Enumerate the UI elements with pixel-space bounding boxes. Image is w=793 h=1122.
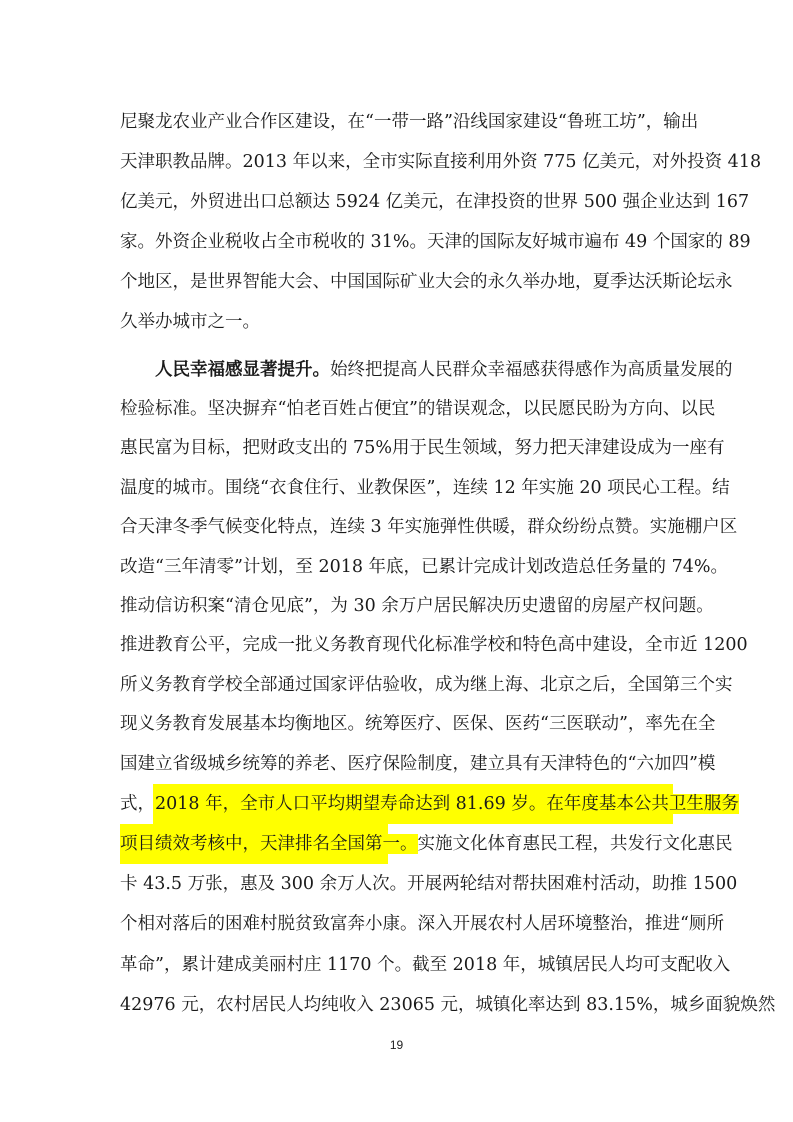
text-line-content: 卡 43.5 万张，惠及 300 余万人次。开展两轮结对帮扶困难村活动，助推 1…: [120, 874, 737, 894]
text-line: 推进教育公平，完成一批义务教育现代化标准学校和特色高中建设，全市近 1200: [120, 626, 673, 665]
text-line: 所义务教育学校全部通过国家评估验收，成为继上海、北京之后，全国第三个实: [120, 666, 673, 705]
paragraph-people-wellbeing: 人民幸福感显著提升。始终把提高人民群众幸福感获得感作为高质量发展的 检验标准。坚…: [120, 350, 673, 1026]
document-page: 尼聚龙农业产业合作区建设，在“一带一路”沿线国家建设“鲁班工坊”，输出 天津职教…: [0, 0, 793, 1122]
text-line: 合天津冬季气候变化特点，连续 3 年实施弹性供暖，群众纷纷点赞。实施棚户区: [120, 508, 673, 547]
text-line: 国建立省级城乡统筹的养老、医疗保险制度，建立具有天津特色的“六加四”模: [120, 745, 673, 784]
text-line: 检验标准。坚决摒弃“怕老百姓占便宜”的错误观念，以民愿民盼为方向、以民: [120, 390, 673, 429]
text-line-content: 所义务教育学校全部通过国家评估验收，成为继上海、北京之后，全国第三个实: [120, 675, 733, 695]
text-line: 个相对落后的困难村脱贫致富奔小康。深入开展农村人居环境整治，推进“厕所: [120, 904, 673, 945]
text-line: 改造“三年清零”计划，至 2018 年底，已累计完成计划改造总任务量的 74%。: [120, 548, 673, 587]
text-line-highlighted: 项目绩效考核中，天津排名全国第一。实施文化体育惠民工程，共发行文化惠民: [120, 824, 673, 864]
text-line: 个地区，是世界智能大会、中国国际矿业大会的永久举办地，夏季达沃斯论坛永: [120, 262, 673, 302]
text-line-content: 合天津冬季气候变化特点，连续 3 年实施弹性供暖，群众纷纷点赞。实施棚户区: [120, 517, 737, 537]
text-line: 推动信访积案“清仓见底”，为 30 余万户居民解决历史遗留的房屋产权问题。: [120, 587, 673, 626]
text-line: 家。外资企业税收占全市税收的 31%。天津的国际友好城市遍布 49 个国家的 8…: [120, 222, 673, 262]
text-line: 卡 43.5 万张，惠及 300 余万人次。开展两轮结对帮扶困难村活动，助推 1…: [120, 864, 673, 905]
page-number: 19: [0, 1038, 793, 1052]
text-line-content: 检验标准。坚决摒弃“怕老百姓占便宜”的错误观念，以民愿民盼为方向、以民: [120, 399, 715, 419]
text-line: 天津职教品牌。2013 年以来，全市实际直接利用外资 775 亿美元，对外投资 …: [120, 142, 673, 182]
text-line-content: 42976 元，农村居民人均纯收入 23065 元，城镇化率达到 83.15%，…: [120, 995, 775, 1015]
text-line-prefix: 式，: [120, 794, 155, 814]
text-line-content: 惠民富为目标，把财政支出的 75%用于民生领域，努力把天津建设成为一座有: [120, 438, 724, 458]
text-line: 惠民富为目标，把财政支出的 75%用于民生领域，努力把天津建设成为一座有: [120, 429, 673, 468]
highlighted-text: 2018 年，全市人口平均期望寿命达到 81.69 岁。在年度基本公共卫生服务: [155, 794, 739, 814]
text-line-content: 推动信访积案“清仓见底”，为 30 余万户居民解决历史遗留的房屋产权问题。: [120, 596, 714, 616]
text-line-content: 尼聚龙农业产业合作区建设，在“一带一路”沿线国家建设“鲁班工坊”，输出: [120, 112, 698, 132]
text-line-content: 家。外资企业税收占全市税收的 31%。天津的国际友好城市遍布 49 个国家的 8…: [120, 232, 751, 252]
text-line: 尼聚龙农业产业合作区建设，在“一带一路”沿线国家建设“鲁班工坊”，输出: [120, 102, 673, 142]
text-line-content: 推进教育公平，完成一批义务教育现代化标准学校和特色高中建设，全市近 1200: [120, 635, 748, 655]
text-line-content: 始终把提高人民群众幸福感获得感作为高质量发展的: [330, 360, 733, 380]
text-line-content: 革命”，累计建成美丽村庄 1170 个。截至 2018 年，城镇居民人均可支配收…: [120, 955, 730, 975]
paragraph-heading: 人民幸福感显著提升。: [155, 360, 330, 380]
text-line-content: 国建立省级城乡统筹的养老、医疗保险制度，建立具有天津特色的“六加四”模: [120, 754, 715, 774]
text-line: 现义务教育发展基本均衡地区。统筹医疗、医保、医药“三医联动”，率先在全: [120, 705, 673, 744]
text-line-content: 久举办城市之一。: [120, 312, 260, 332]
text-line-content: 天津职教品牌。2013 年以来，全市实际直接利用外资 775 亿美元，对外投资 …: [120, 152, 761, 172]
text-line: 久举办城市之一。: [120, 302, 673, 342]
text-line-content: 个相对落后的困难村脱贫致富奔小康。深入开展农村人居环境整治，推进“厕所: [120, 914, 724, 934]
text-line-content: 温度的城市。围绕“衣食住行、业教保医”，连续 12 年实施 20 项民心工程。结: [120, 478, 730, 498]
text-line-content: 现义务教育发展基本均衡地区。统筹医疗、医保、医药“三医联动”，率先在全: [120, 714, 715, 734]
text-line: 温度的城市。围绕“衣食住行、业教保医”，连续 12 年实施 20 项民心工程。结: [120, 469, 673, 508]
text-line-content: 亿美元，外贸进出口总额达 5924 亿美元，在津投资的世界 500 强企业达到 …: [120, 192, 749, 212]
text-line: 42976 元，农村居民人均纯收入 23065 元，城镇化率达到 83.15%，…: [120, 985, 673, 1026]
text-line-content: 改造“三年清零”计划，至 2018 年底，已累计完成计划改造总任务量的 74%。: [120, 557, 728, 577]
highlighted-text: 项目绩效考核中，天津排名全国第一。: [120, 834, 418, 854]
text-line: 亿美元，外贸进出口总额达 5924 亿美元，在津投资的世界 500 强企业达到 …: [120, 182, 673, 222]
paragraph-international-openness: 尼聚龙农业产业合作区建设，在“一带一路”沿线国家建设“鲁班工坊”，输出 天津职教…: [120, 102, 673, 342]
text-line-content: 实施文化体育惠民工程，共发行文化惠民: [418, 834, 733, 854]
text-line-with-heading: 人民幸福感显著提升。始终把提高人民群众幸福感获得感作为高质量发展的: [120, 350, 673, 390]
text-line: 革命”，累计建成美丽村庄 1170 个。截至 2018 年，城镇居民人均可支配收…: [120, 945, 673, 986]
text-line-content: 个地区，是世界智能大会、中国国际矿业大会的永久举办地，夏季达沃斯论坛永: [120, 272, 733, 292]
text-line-highlighted: 式，2018 年，全市人口平均期望寿命达到 81.69 岁。在年度基本公共卫生服…: [120, 784, 673, 824]
